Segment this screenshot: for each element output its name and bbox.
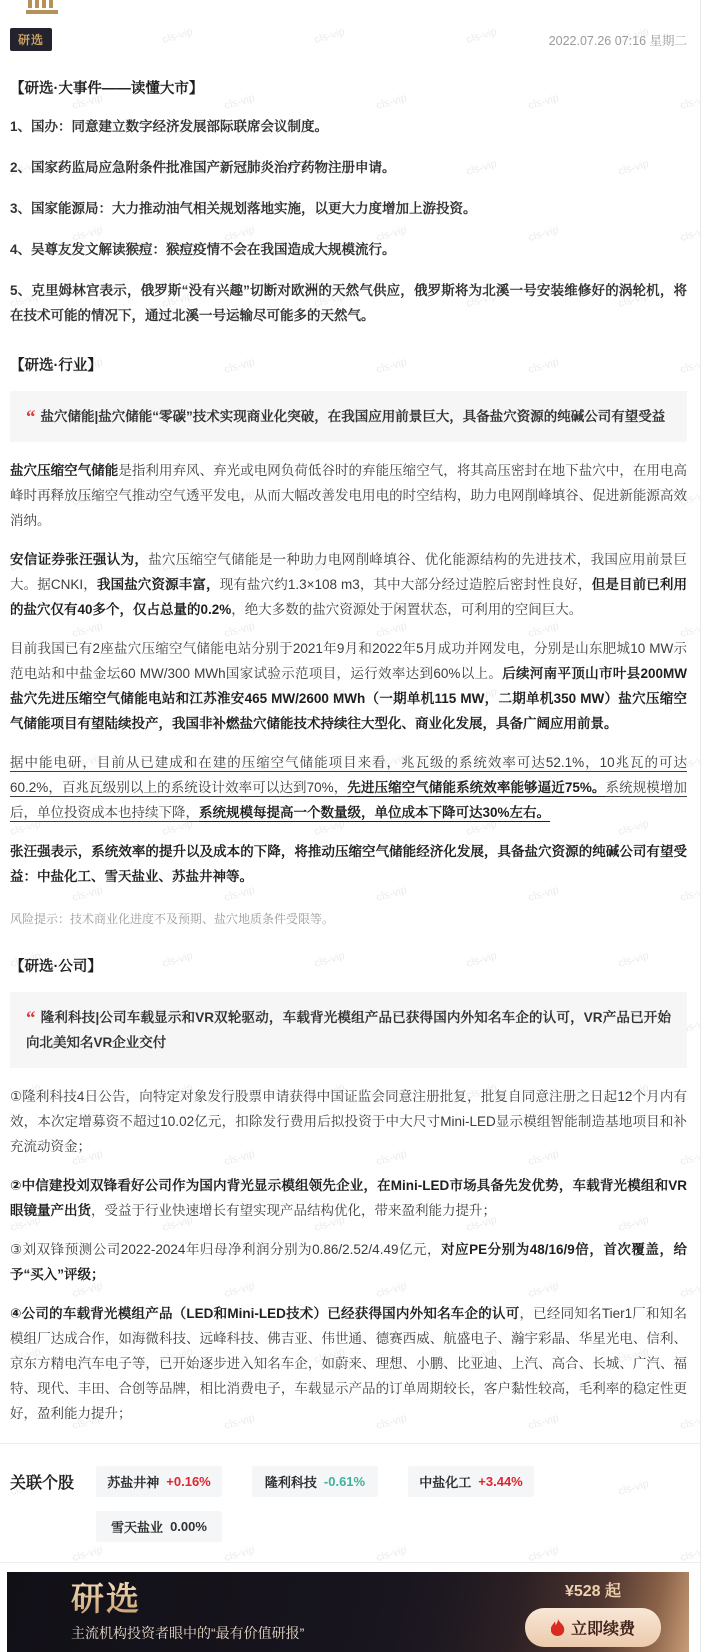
company-paragraph-3: ③刘双锋预测公司2022-2024年归母净利润分别为0.86/2.52/4.49… <box>10 1237 687 1287</box>
company-paragraph-2: ②中信建投刘双锋看好公司作为国内背光显示模组领先企业，在Mini-LED市场具备… <box>10 1173 687 1223</box>
industry-paragraph-3: 目前我国已有2座盐穴压缩空气储能电站分别于2021年9月和2022年5月成功并网… <box>10 636 687 736</box>
related-stocks-label: 关联个股 <box>10 1466 96 1542</box>
event-item-4: 4、吴尊友发文解读猴痘：猴痘疫情不会在我国造成大规模流行。 <box>10 237 687 262</box>
paragraph-segment: 我国盐穴资源丰富， <box>97 577 220 592</box>
company-paragraph-1: ①隆利科技4日公告，向特定对象发行股票申请获得中国证监会同意注册批复，批复自同意… <box>10 1084 687 1159</box>
quote-icon: “ <box>26 407 36 428</box>
stock-chip-suyan[interactable]: 苏盐井神 +0.16% <box>96 1466 222 1497</box>
stock-chip-zhongyan[interactable]: 中盐化工 +3.44% <box>408 1466 534 1497</box>
event-item-5: 5、克里姆林宫表示，俄罗斯“没有兴趣”切断对欧洲的天然气供应，俄罗斯将为北溪一号… <box>10 278 687 328</box>
related-stocks-section: 关联个股 苏盐井神 +0.16% 隆利科技 -0.61% 中盐化工 +3.44%… <box>0 1444 700 1562</box>
paragraph-segment: ③刘双锋预测公司2022-2024年归母净利润分别为0.86/2.52/4.49… <box>10 1242 441 1257</box>
section-title-company: 【研选·公司】 <box>10 955 687 976</box>
renew-button[interactable]: 立即续费 <box>525 1608 661 1647</box>
flame-icon <box>551 1619 565 1636</box>
industry-paragraph-5: 张汪强表示，系统效率的提升以及成本的下降，将推动压缩空气储能经济化发展，具备盐穴… <box>10 839 687 889</box>
stock-chip-xuetian[interactable]: 雪天盐业 0.00% <box>96 1511 222 1542</box>
industry-risk-note: 风险提示：技术商业化进度不及预期、盐穴地质条件受限等。 <box>10 909 687 929</box>
paragraph-segment: 中盐化工、雪天盐业、苏盐井神等。 <box>37 869 253 884</box>
publish-date: 2022.07.26 07:16 星期二 <box>549 31 687 49</box>
company-quote: “隆利科技|公司车载显示和VR双轮驱动，车载背光模组产品已获得国内外知名车企的认… <box>10 992 687 1068</box>
banner-offer: ¥528 起 立即续费 <box>525 1578 661 1647</box>
brand-logo-icon <box>25 0 59 14</box>
stock-chip-longli[interactable]: 隆利科技 -0.61% <box>252 1466 378 1497</box>
industry-quote-text: 盐穴储能|盐穴储能“零碳”技术实现商业化突破，在我国应用前景巨大，具备盐穴资源的… <box>41 409 666 424</box>
event-item-1: 1、国办：同意建立数字经济发展部际联席会议制度。 <box>10 114 687 139</box>
paragraph-segment: ，受益于行业快速增长有望实现产品结构优化，带来盈利能力提升； <box>91 1203 496 1218</box>
paragraph-segment: ，已经同知名Tier1厂和知名模组厂达成合作，如海微科技、远峰科技、佛吉亚、伟世… <box>10 1306 687 1421</box>
paragraph-segment: 安信证券张汪强认为， <box>10 552 148 567</box>
paragraph-segment: ，绝大多数的盐穴资源处于闲置状态，可利用的空间巨大。 <box>231 602 582 617</box>
event-item-3: 3、国家能源局：大力推动油气相关规划落地实施，以更大力度增加上游投资。 <box>10 196 687 221</box>
company-quote-text: 隆利科技|公司车载显示和VR双轮驱动，车载背光模组产品已获得国内外知名车企的认可… <box>26 1010 671 1050</box>
research-article-page: cls-vipcls-vipcls-vipcls-vipcls-vipcls-v… <box>0 0 701 1652</box>
banner-subtitle: 主流机构投资者眼中的“最有价值研报” <box>71 1623 304 1643</box>
yanxuan-badge: 研选 <box>10 28 52 51</box>
event-item-2: 2、国家药监局应急附条件批准国产新冠肺炎治疗药物注册申请。 <box>10 155 687 180</box>
divider-bottom <box>0 1562 700 1563</box>
subscription-banner: 研选 主流机构投资者眼中的“最有价值研报” ¥528 起 立即续费 <box>7 1572 689 1652</box>
paragraph-segment: 先进压缩空气储能系统效率能够逼近75%。 <box>347 780 605 795</box>
industry-quote: “盐穴储能|盐穴储能“零碳”技术实现商业化突破，在我国应用前景巨大，具备盐穴资源… <box>10 391 687 442</box>
industry-paragraph-1: 盐穴压缩空气储能是指利用弃风、弃光或电网负荷低谷时的弃能压缩空气，将其高压密封在… <box>10 458 687 533</box>
industry-paragraph-2: 安信证券张汪强认为，盐穴压缩空气储能是一种助力电网削峰填谷、优化能源结构的先进技… <box>10 547 687 622</box>
section-title-big-events: 【研选·大事件——读懂大市】 <box>10 77 687 98</box>
stock-chip-list: 苏盐井神 +0.16% 隆利科技 -0.61% 中盐化工 +3.44% 雪天盐业… <box>96 1466 576 1542</box>
company-paragraph-4: ④公司的车载背光模组产品（LED和Mini-LED技术）已经获得国内外知名车企的… <box>10 1301 687 1426</box>
renew-button-label: 立即续费 <box>571 1616 635 1639</box>
paragraph-segment: 现有盐穴约1.3×108 m3，其中大部分经过造腔后密封性良好， <box>220 577 592 592</box>
banner-title: 研选 <box>71 1581 304 1617</box>
meta-row: 研选 2022.07.26 07:16 星期二 <box>10 28 687 51</box>
quote-icon: “ <box>26 1008 36 1029</box>
industry-paragraph-4: 据中能电研，目前从已建成和在建的压缩空气储能项目来看，兆瓦级的系统效率可达52.… <box>10 750 687 825</box>
paragraph-segment: 系统规模每提高一个数量级，单位成本下降可达30%左右。 <box>199 805 550 820</box>
banner-brand: 研选 主流机构投资者眼中的“最有价值研报” <box>71 1581 304 1643</box>
banner-price: ¥528 起 <box>565 1578 621 1601</box>
paragraph-segment: ④公司的车载背光模组产品（LED和Mini-LED技术）已经获得国内外知名车企的… <box>10 1306 519 1321</box>
paragraph-segment: ①隆利科技4日公告，向特定对象发行股票申请获得中国证监会同意注册批复，批复自同意… <box>10 1089 687 1154</box>
section-title-industry: 【研选·行业】 <box>10 354 687 375</box>
paragraph-segment: 盐穴压缩空气储能 <box>10 463 118 478</box>
